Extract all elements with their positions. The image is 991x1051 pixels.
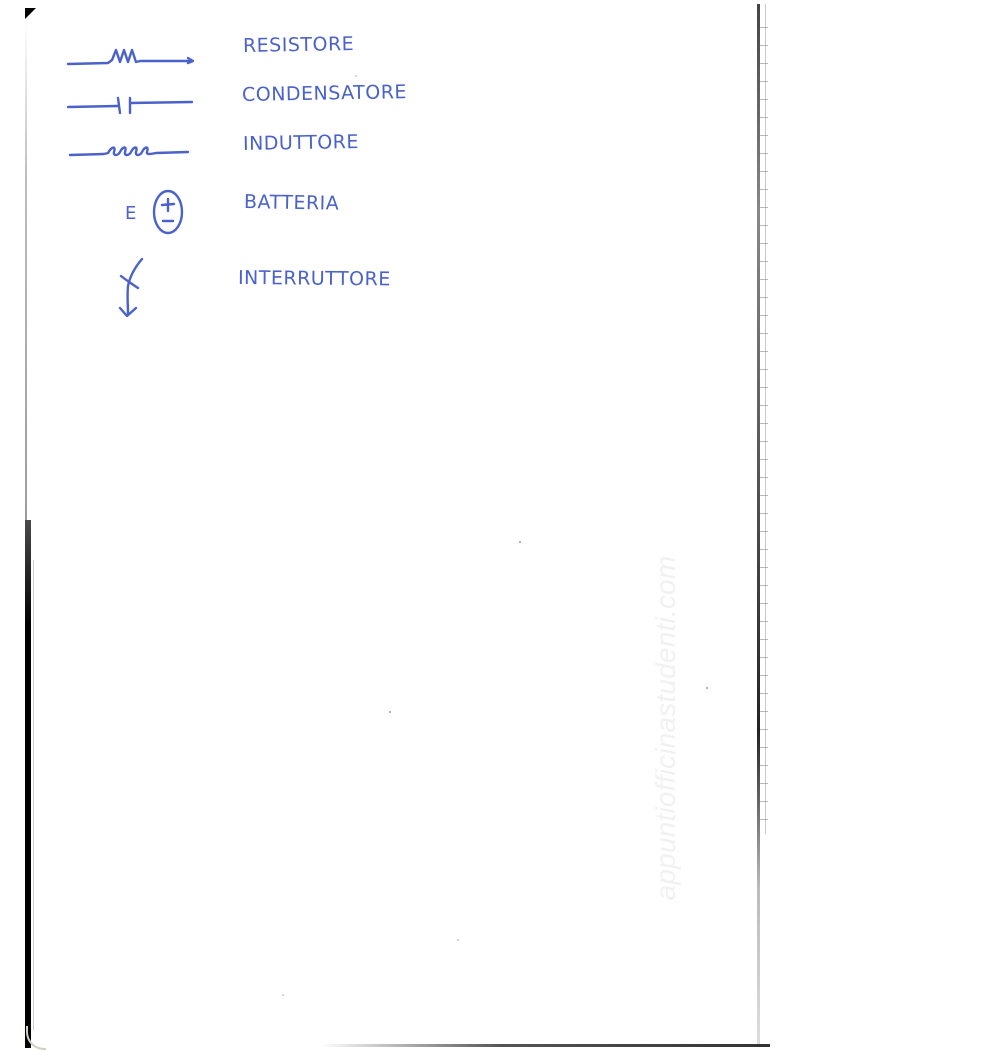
scan-speck (389, 711, 391, 713)
capacitor-symbol (66, 90, 196, 116)
scan-corner-mark (25, 8, 36, 19)
switch-symbol (114, 256, 150, 322)
page-bottom-edge (320, 1044, 770, 1047)
inductor-symbol (68, 140, 192, 162)
scan-speck (282, 994, 284, 996)
page-left-inner-line (33, 560, 34, 1030)
page-left-shadow (25, 520, 31, 1048)
scan-speck (519, 541, 521, 543)
resistor-symbol (66, 44, 196, 70)
watermark-text: appuntiofficinastudenti.com (650, 556, 682, 901)
battery-symbol: E (122, 188, 188, 238)
scan-speck (355, 75, 357, 77)
label-resistore: RESISTORE (243, 33, 355, 57)
scanned-page: RESISTORE CONDENSATORE INDUTTORE E BATTE… (0, 0, 991, 1051)
label-interruttore: INTERRUTTORE (238, 267, 391, 290)
scan-speck (457, 939, 459, 941)
page-right-ticks (760, 10, 768, 830)
label-induttore: INDUTTORE (243, 131, 359, 155)
label-batteria: BATTERIA (244, 191, 340, 215)
page-left-edge (25, 20, 27, 540)
scan-speck (706, 687, 708, 689)
label-condensatore: CONDENSATORE (242, 81, 407, 106)
battery-emf-label: E (125, 203, 136, 224)
